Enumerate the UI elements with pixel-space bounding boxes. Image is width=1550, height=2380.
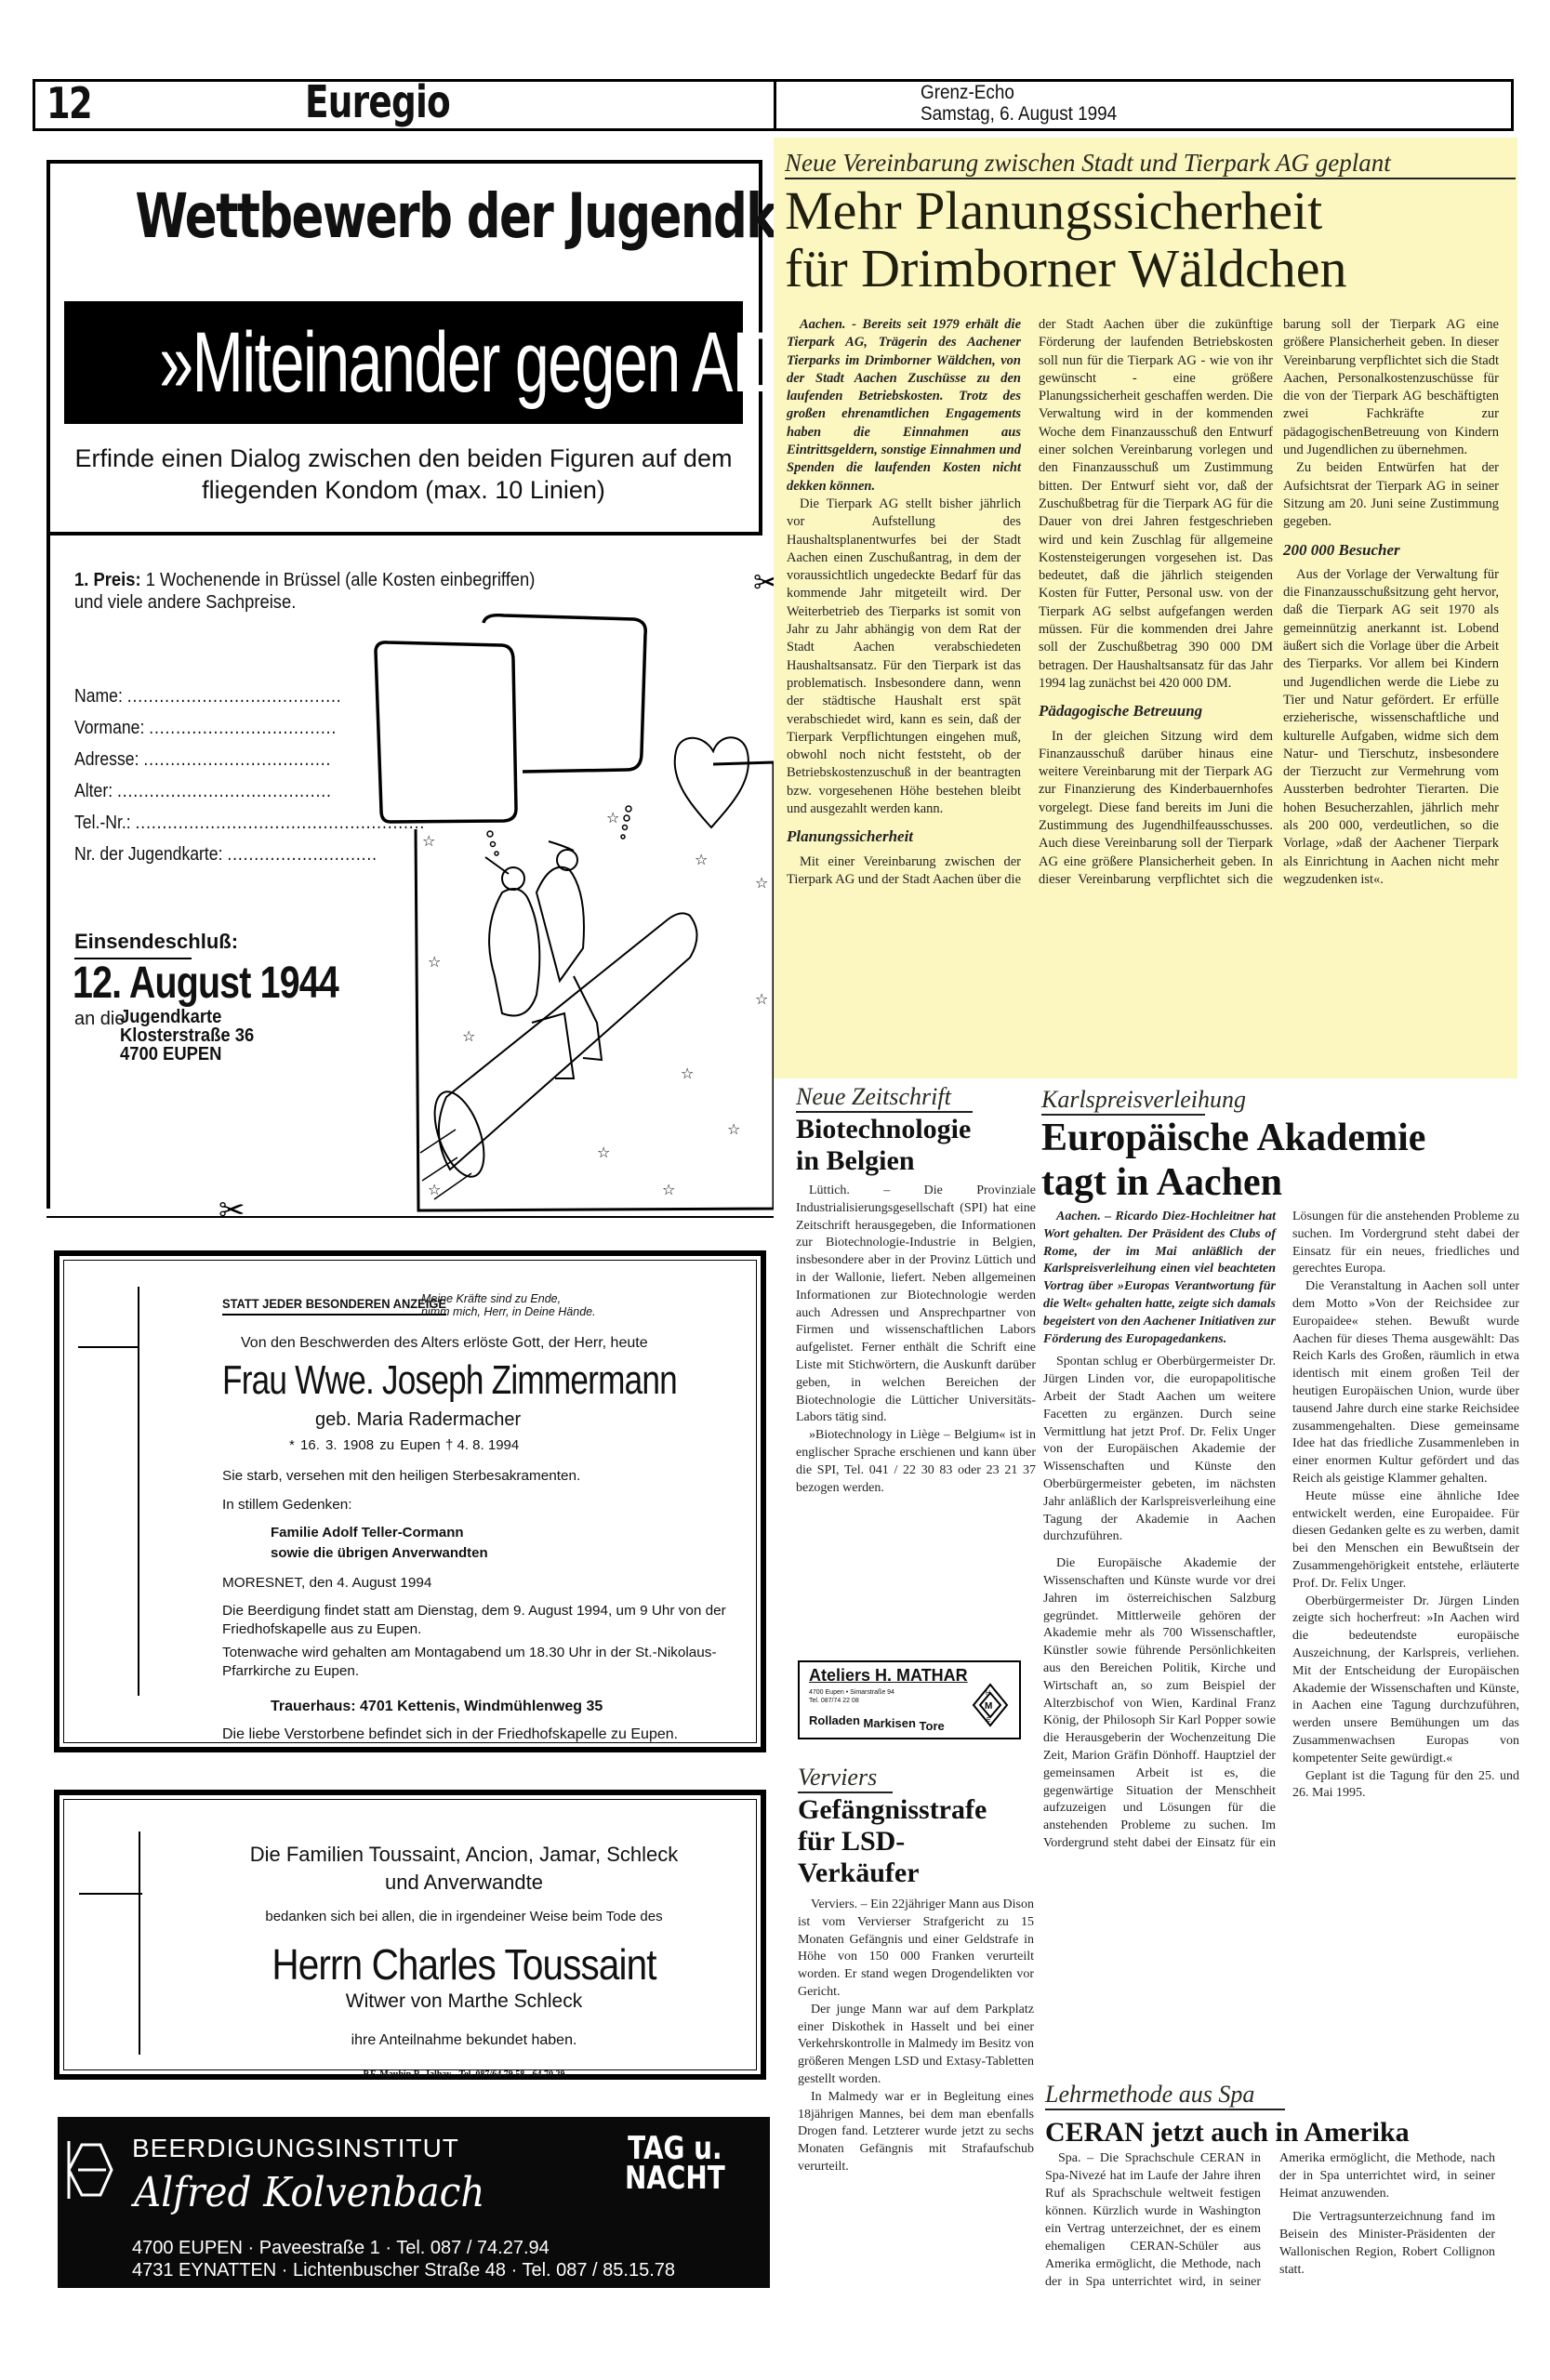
page-header-right: Grenz-Echo Samstag, 6. August 1994 [774,79,1514,131]
form-label: Vormane: [74,718,144,738]
figure-right [537,867,584,981]
article-subhead: Planungssicherheit [787,827,1021,845]
svg-text:M: M [985,1701,992,1712]
obituary-toussaint: Die Familien Toussaint, Ancion, Jamar, S… [54,1790,766,2080]
obituary-verse: Meine Kräfte sind zu Ende, nimm mich, He… [421,1292,596,1318]
issue-date: Samstag, 6. August 1994 [921,103,1117,125]
article-column: Aachen. – Ricardo Diez-Hochleitner hat W… [1043,1209,1276,1853]
form-label: Alter: [74,781,113,801]
page-header-left: 12 Euregio [33,79,776,131]
deadline-label: Einsendeschluß: [74,930,192,959]
svg-text:H: H [986,1690,990,1697]
maiden-name: geb. Maria Radermacher [315,1409,521,1431]
undertaker-info: P.F. Mauhin R. Jalhay - Tel. 087/64 79 5… [166,2069,762,2080]
obituary-zimmermann: STATT JEDER BESONDEREN ANZEIGE Meine Krä… [54,1250,766,1752]
cross-icon [138,1287,139,1696]
obituary-memory: In stillem Gedenken: [222,1496,583,1514]
article-subhead: 200 000 Besucher [1283,541,1499,559]
article-column: barung soll der Tierpark AG eine größere… [1283,316,1499,889]
ka-logo-icon [65,2137,115,2202]
article-paragraph: Die Europäische Akademie der Wissenschaf… [1043,1555,1276,1853]
article-lead: Aachen. - Bereits seit 1979 erhält die T… [787,316,1021,496]
article-paragraph: Geplant ist die Tagung für den 25. und 2… [1292,1768,1519,1804]
article-column: der Stadt Aachen über die zukünftige För… [1039,316,1273,891]
article-column: Spa. – Die Sprachschule CERAN in Spa-Niv… [1045,2149,1261,2291]
obituary-place-date: MORESNET, den 4. August 1994 [222,1574,583,1593]
widower-of: Witwer von Marthe Schleck [166,1990,762,2013]
deceased-name: Frau Wwe. Joseph Zimmermann [222,1357,677,1404]
article-kicker: Neue Zeitschrift [796,1083,973,1113]
company-name: Ateliers H. MATHAR [809,1666,968,1686]
prize-info: 1. Preis: 1 Wochenende in Brüssel (alle … [74,569,553,614]
funeral-home-ad: BEERDIGUNGSINSTITUT Alfred Kolvenbach TA… [58,2117,770,2288]
form-label: Tel.-Nr.: [74,813,131,833]
condom-illustration: Zwei Figuren reiten auf einem fliegenden… [206,614,774,1218]
funeral-home-name: Alfred Kolvenbach [134,2169,484,2216]
article-paragraph: Mit einer Vereinbarung zwischen der Tier… [787,853,1021,890]
hme-logo-icon: H M E [972,1683,1009,1727]
article-headline: Mehr Planungssicherheit für Drimborner W… [785,182,1346,297]
star-icons: ☆☆☆☆ ☆☆☆☆ ☆☆☆☆ [422,809,768,1198]
article-paragraph: Verviers. – Ein 22jähriger Mann aus Diso… [798,1897,1034,2002]
death-date: † 4. 8. 1994 [445,1437,519,1453]
address-intro: an die [74,1009,126,1030]
article-headline: Biotechnologie in Belgien [796,1114,971,1177]
article-paragraph: der Stadt Aachen über die zukünftige För… [1039,316,1273,693]
funeral-info: Die Beerdigung findet statt am Dienstag,… [222,1602,758,1639]
article-paragraph: In der gleichen Sitzung wird dem Finanza… [1039,728,1273,891]
obituary-sacraments: Sie starb, versehen mit den heiligen Ste… [222,1467,753,1486]
svg-text:☆: ☆ [695,851,708,868]
svg-text:☆: ☆ [422,832,435,850]
mathar-ad: Ateliers H. MATHAR 4700 Eupen • Simarstr… [798,1660,1021,1739]
article-kicker: Neue Vereinbarung zwischen Stadt und Tie… [785,149,1516,179]
address-eynatten: 4731 EYNATTEN · Lichtenbuscher Straße 48… [132,2260,675,2281]
form-label: Nr. der Jugendkarte: [74,844,222,865]
mourning-family: Familie Adolf Teller-Cormann sowie die ü… [271,1523,488,1564]
contest-instruction: Erfinde einen Dialog zwischen den beiden… [55,443,752,506]
page-number: 12 [46,78,91,128]
article-verviers-body: Verviers. – Ein 22jähriger Mann aus Diso… [798,1897,1034,2176]
article-column: Lösungen für die anstehenden Probleme zu… [1292,1209,1519,1803]
article-kicker: Verviers [798,1764,893,1793]
form-label: Adresse: [74,749,139,770]
article-headline: Gefängnisstrafe für LSD- Verkäufer [798,1794,987,1889]
article-paragraph: Aus der Vorlage der Verwaltung für die F… [1283,566,1499,889]
newspaper-name: Grenz-Echo [921,82,1117,103]
prize-label: 1. Preis: [74,570,141,590]
company-products: Rolladen Markisen Tore [809,1713,945,1727]
condolence-text: ihre Anteilnahme bekundet haben. [166,2032,762,2049]
article-biotech-body: Lüttich. – Die Provinziale Industrialisi… [796,1183,1036,1497]
article-paragraph: In Malmedy war er in Begleitung eines 18… [798,2089,1034,2176]
article-column: Aachen. - Bereits seit 1979 erhält die T… [787,316,1021,890]
prize-text: 1 Wochenende in Brüssel (alle Kosten ein… [74,570,535,613]
article-paragraph: Lüttich. – Die Provinziale Industrialisi… [796,1183,1036,1427]
mourning-house: Trauerhaus: 4701 Kettenis, Windmühlenweg… [271,1699,603,1715]
svg-text:☆: ☆ [462,1027,475,1045]
contest-title: Wettbewerb der Jugendkarte [135,180,671,252]
address-eupen: 4700 EUPEN · Paveestraße 1 · Tel. 087 / … [132,2238,550,2259]
cut-line [46,1216,774,1218]
article-paragraph: Spa. – Die Sprachschule CERAN in Spa-Niv… [1045,2149,1261,2291]
article-paragraph: Die Vertragsunterzeichnung fand im Beise… [1279,2208,1495,2279]
article-column: Amerika ermöglicht, die Methode, nach de… [1279,2149,1495,2279]
article-headline: Europäische Akademie tagt in Aachen [1041,1116,1425,1205]
svg-text:☆: ☆ [428,1181,441,1198]
section-title: Euregio [305,76,450,128]
obituary-heading: STATT JEDER BESONDEREN ANZEIGE [222,1296,446,1316]
article-paragraph: Oberbürgermeister Dr. Jürgen Linden zeig… [1292,1593,1519,1768]
thanking-families: Die Familien Toussaint, Ancion, Jamar, S… [166,1841,762,1897]
article-paragraph: Die Tierpark AG stellt bisher jährlich v… [787,496,1021,818]
article-subhead: Pädagogische Betreuung [1039,702,1273,720]
article-lead: Aachen. – Ricardo Diez-Hochleitner hat W… [1043,1209,1276,1348]
svg-text:☆: ☆ [755,874,768,892]
article-paragraph: barung soll der Tierpark AG eine größere… [1283,316,1499,459]
article-paragraph: Die Veranstaltung in Aachen soll unter d… [1292,1278,1519,1488]
svg-text:☆: ☆ [428,953,441,971]
paper-info: Grenz-Echo Samstag, 6. August 1994 [921,82,1117,125]
scissors-icon: ✂ [219,1195,245,1226]
contest-header-box: Wettbewerb der Jugendkarte »Miteinander … [46,160,762,535]
article-tierpark: Neue Vereinbarung zwischen Stadt und Tie… [774,138,1517,1078]
thanks-text: bedanken sich bei allen, die in irgendei… [166,1909,762,1924]
article-kicker: Lehrmethode aus Spa [1045,2081,1285,2110]
contest-banner: »Miteinander gegen AIDS« [64,301,743,424]
article-paragraph: Heute müsse eine ähnliche Idee entwickel… [1292,1488,1519,1593]
wake-info: Totenwache wird gehalten am Montagabend … [222,1644,758,1681]
article-paragraph: Spontan schlug er Oberbürgermeister Dr. … [1043,1354,1276,1546]
article-paragraph: Der junge Mann war auf dem Parkplatz ein… [798,2002,1034,2089]
article-paragraph: »Biotechnology in Liège – Belgium« ist i… [796,1427,1036,1497]
article-paragraph: Amerika ermöglicht, die Methode, nach de… [1279,2149,1495,2202]
funeral-home-type: BEERDIGUNGSINSTITUT [132,2134,459,2163]
svg-text:E: E [987,1717,991,1724]
svg-text:☆: ☆ [662,1181,675,1198]
birth-date: * 16. 3. 1908 zu Eupen [289,1437,441,1453]
cross-icon [139,1831,140,2055]
obituary-intro: Von den Beschwerden des Alters erlöste G… [241,1335,648,1352]
article-kicker: Karlspreisverleihung [1041,1086,1205,1116]
figure-left [489,889,539,1016]
svg-text:☆: ☆ [755,990,768,1008]
svg-text:☆: ☆ [681,1064,694,1082]
contest-slogan: »Miteinander gegen AIDS« [159,301,648,424]
form-label: Name: [74,686,123,707]
availability-badge: TAG u. NACHT [625,2134,725,2193]
article-paragraph: Lösungen für die anstehenden Probleme zu… [1292,1209,1519,1278]
svg-text:☆: ☆ [606,809,619,826]
svg-text:☆: ☆ [597,1144,610,1161]
obituary-location: Die liebe Verstorbene befindet sich in d… [222,1726,678,1743]
article-paragraph: Zu beiden Entwürfen hat der Aufsichtsrat… [1283,459,1499,531]
article-headline: CERAN jetzt auch in Amerika [1045,2117,1410,2149]
scene-frame [416,762,774,1210]
company-address: 4700 Eupen • Simarstraße 94 Tel. 087/74 … [809,1688,894,1705]
speech-bubble-left [376,642,516,822]
svg-text:☆: ☆ [727,1120,740,1138]
deceased-name: Herrn Charles Toussaint [202,1939,725,1990]
heart-icon [675,737,749,827]
